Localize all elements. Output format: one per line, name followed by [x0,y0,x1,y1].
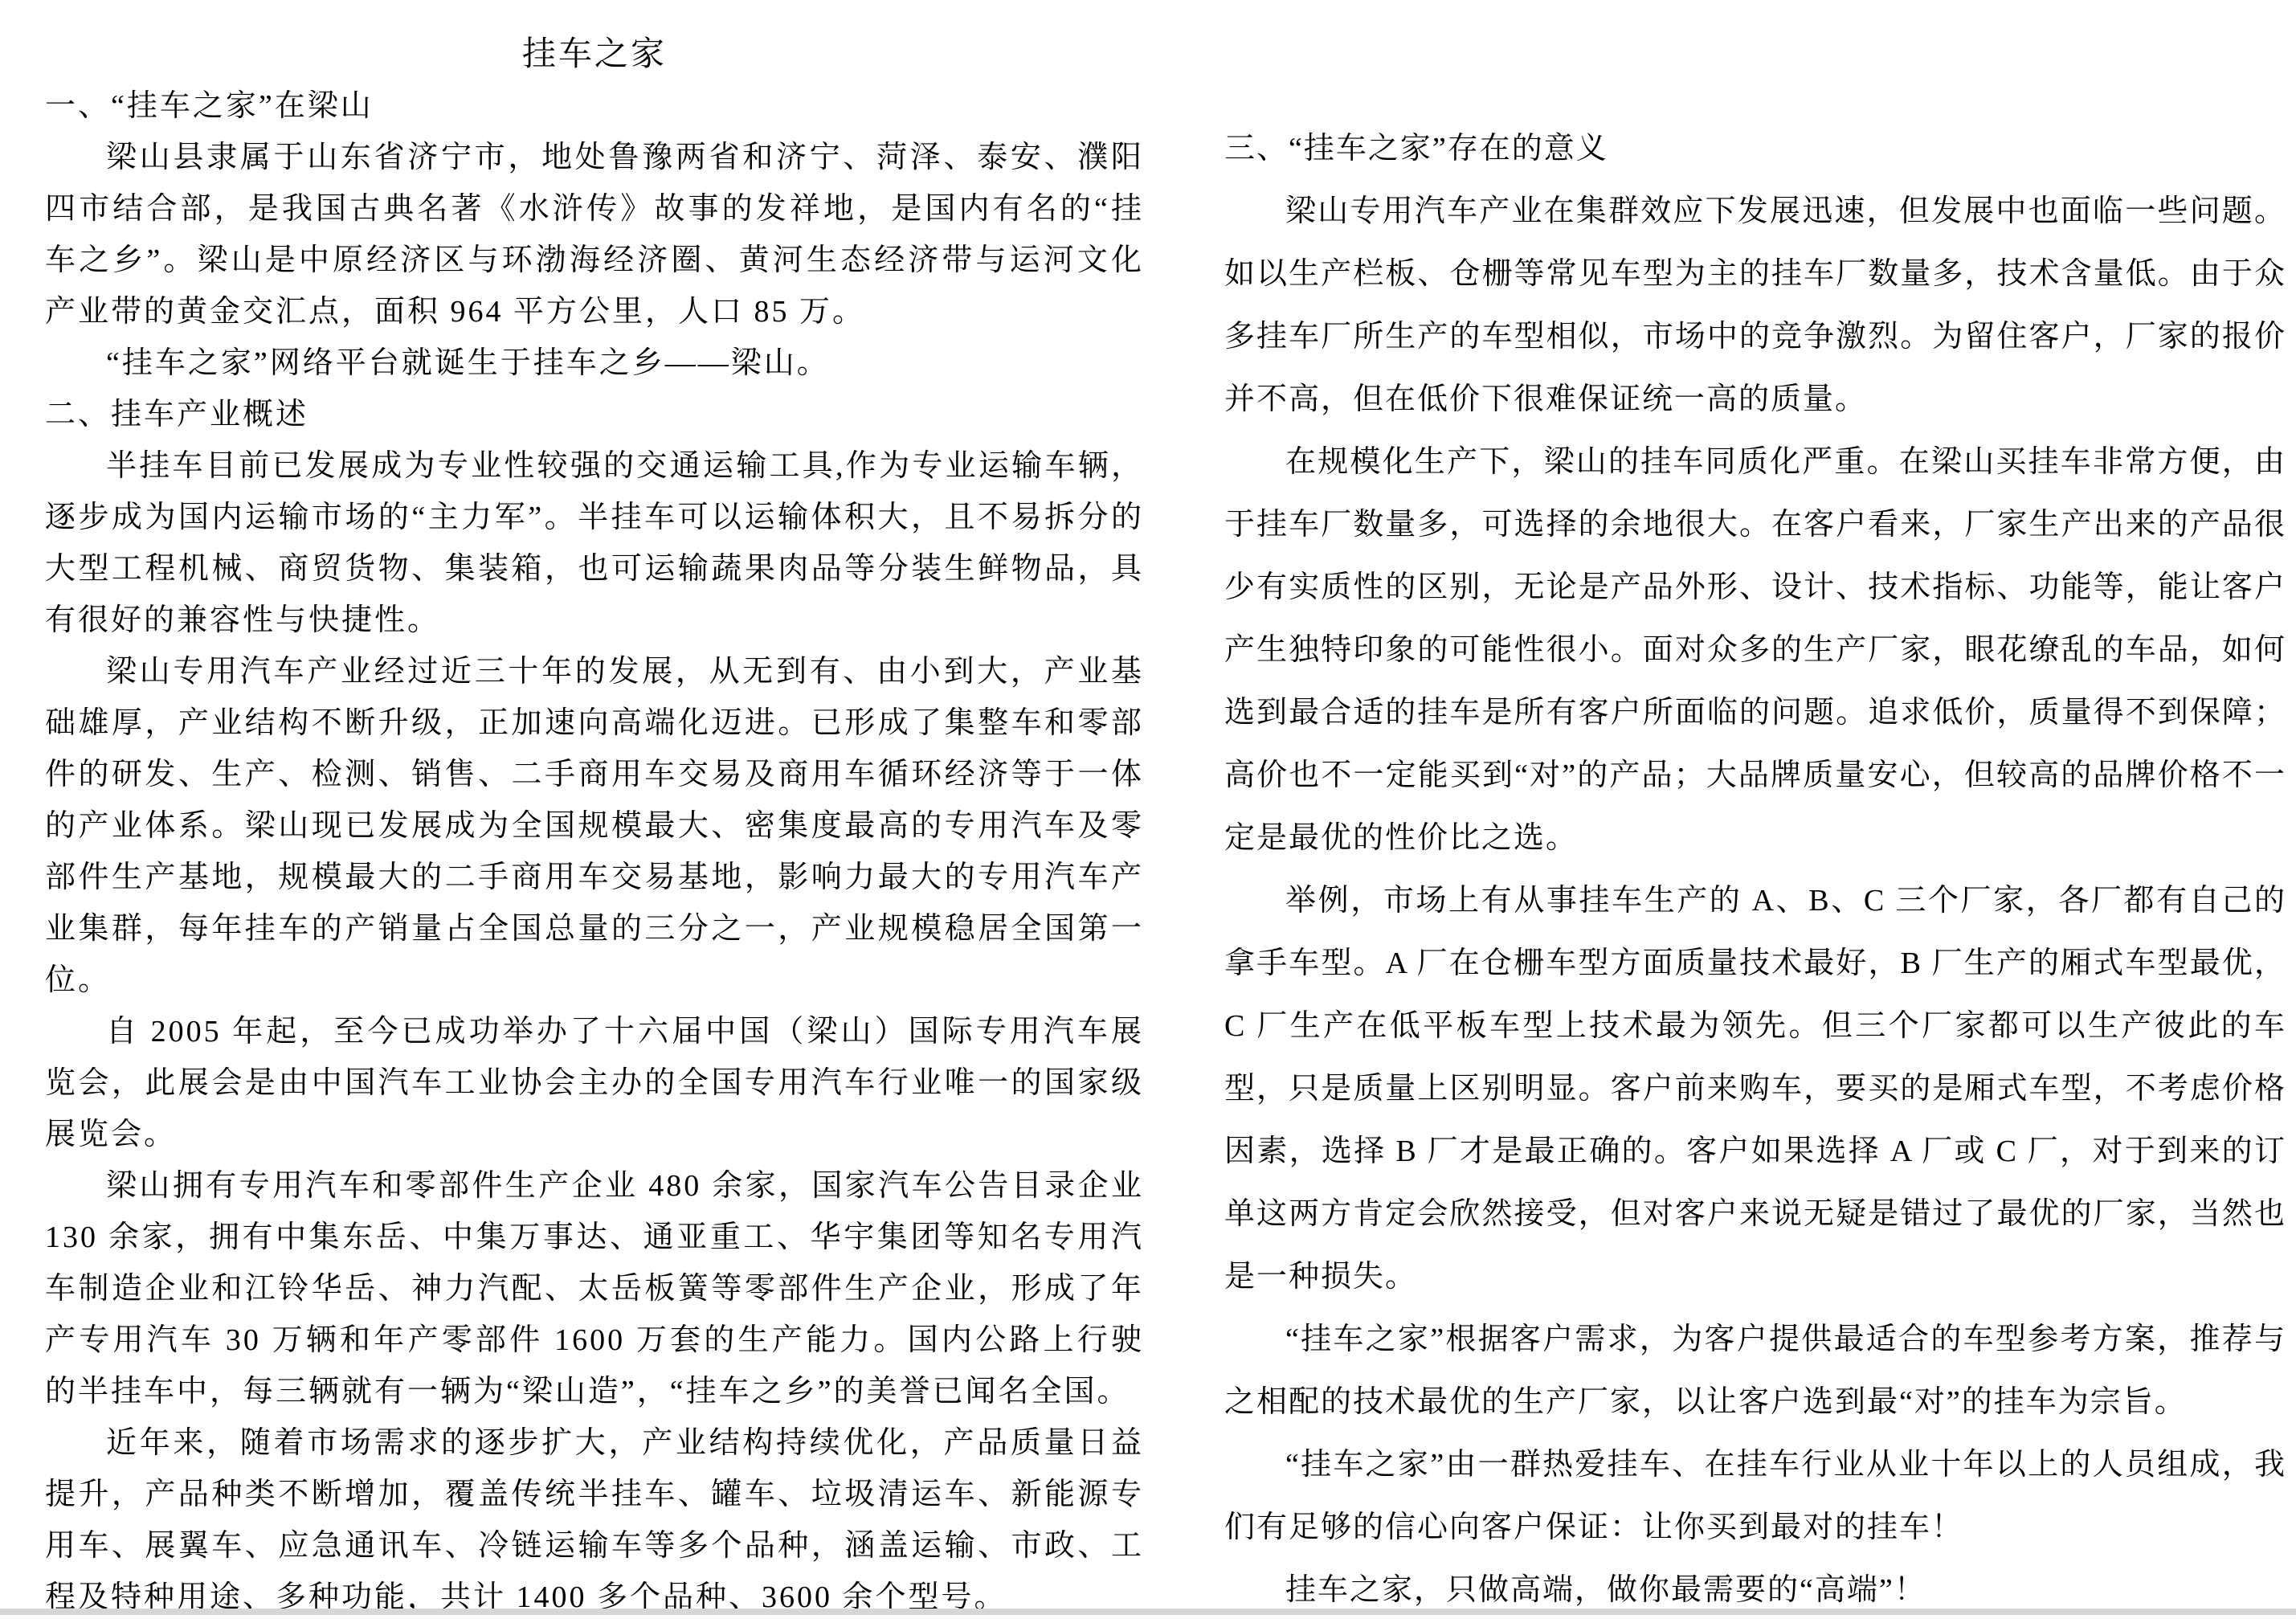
paragraph: 近年来，随着市场需求的逐步扩大，产业结构持续优化，产品质量日益提升，产品种类不断… [45,1417,1144,1623]
document-page: 挂车之家 一、“挂车之家”在梁山 梁山县隶属于山东省济宁市，地处鲁豫两省和济宁、… [0,0,2296,1623]
paragraph: 在规模化生产下，梁山的挂车同质化严重。在梁山买挂车非常方便，由于挂车厂数量多，可… [1224,431,2286,869]
paragraph: “挂车之家”网络平台就诞生于挂车之乡——梁山。 [45,337,1144,389]
paragraph: 梁山拥有专用汽车和零部件生产企业 480 余家，国家汽车公告目录企业 130 余… [45,1160,1144,1417]
section-1-heading: 一、“挂车之家”在梁山 [45,80,1144,132]
paragraph: 梁山专用汽车产业经过近三十年的发展，从无到有、由小到大，产业基础雄厚，产业结构不… [45,646,1144,1006]
paragraph: 自 2005 年起，至今已成功举办了十六届中国（梁山）国际专用汽车展览会，此展会… [45,1006,1144,1160]
document-title: 挂车之家 [45,29,1144,80]
paragraph: “挂车之家”由一群热爱挂车、在挂车行业从业十年以上的人员组成，我们有足够的信心向… [1224,1433,2286,1559]
right-column: 三、“挂车之家”存在的意义 梁山专用汽车产业在集群效应下发展迅速，但发展中也面临… [1224,117,2286,1621]
paragraph: 半挂车目前已发展成为专业性较强的交通运输工具,作为专业运输车辆，逐步成为国内运输… [45,440,1144,646]
page-bottom-edge [0,1609,2296,1615]
left-column: 挂车之家 一、“挂车之家”在梁山 梁山县隶属于山东省济宁市，地处鲁豫两省和济宁、… [45,29,1144,1623]
section-2-heading: 二、挂车产业概述 [45,389,1144,440]
paragraph: 梁山县隶属于山东省济宁市，地处鲁豫两省和济宁、菏泽、泰安、濮阳四市结合部，是我国… [45,132,1144,337]
paragraph: 举例，市场上有从事挂车生产的 A、B、C 三个厂家，各厂都有自己的拿手车型。A … [1224,869,2286,1308]
section-3-heading: 三、“挂车之家”存在的意义 [1224,117,2286,180]
paragraph: 梁山专用汽车产业在集群效应下发展迅速，但发展中也面临一些问题。如以生产栏板、仓栅… [1224,180,2286,431]
paragraph: “挂车之家”根据客户需求，为客户提供最适合的车型参考方案，推荐与之相配的技术最优… [1224,1308,2286,1433]
